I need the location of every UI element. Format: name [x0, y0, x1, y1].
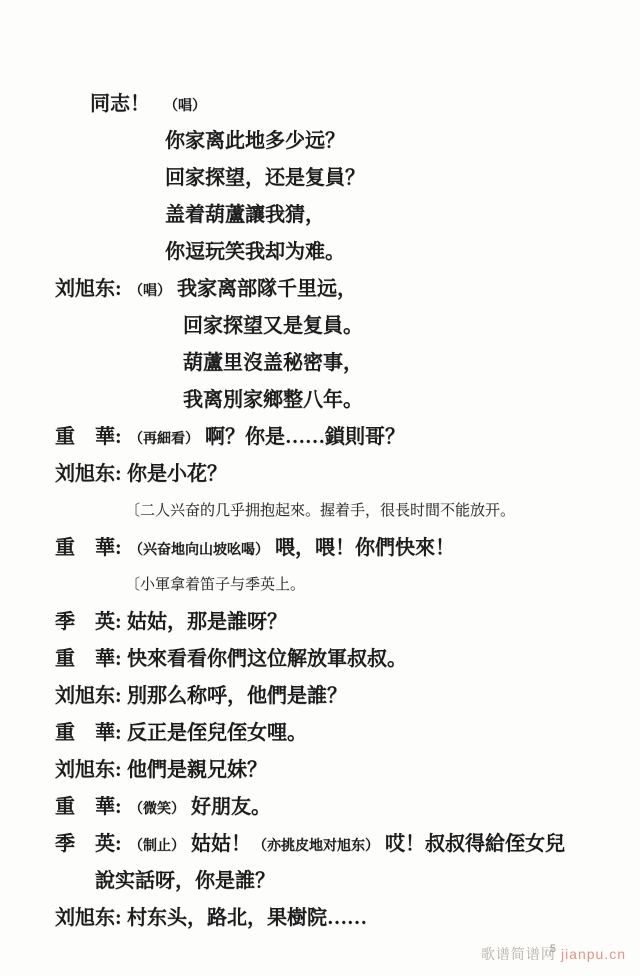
script-line: 重 華:（微笑）好朋友。	[55, 789, 630, 826]
script-line: 同志！（唱）	[90, 86, 630, 123]
script-line: 刘旭东:他們是親兄妹？	[55, 752, 630, 789]
script-line: 刘旭东:別那么称呼，他們是誰？	[55, 678, 630, 715]
text-run: 村东头，路北，果樹院……	[127, 907, 367, 929]
speaker-name: 刘旭东:	[55, 456, 127, 493]
watermark: 歌谱简谱网5jianpu.cn	[481, 944, 626, 964]
speaker-name: 重 華:	[55, 789, 127, 826]
text-run: 說实話呀，你是誰？	[95, 870, 275, 892]
script-lines: 同志！（唱）你家离此地多少远？回家探望，还是复員？盖着葫蘆讓我猜，你逗玩笑我却为…	[55, 86, 630, 937]
speaker-name: 刘旭东:	[55, 678, 127, 715]
script-line: 季 英:（制止）姑姑！（亦挑皮地对旭东）哎！叔叔得給侄女兒	[55, 826, 630, 863]
speaker-name: 同志！	[90, 86, 162, 123]
text-run: 姑姑，那是誰呀？	[127, 611, 287, 633]
text-run: 你逗玩笑我却为难。	[165, 241, 345, 263]
page-number-digit: 5	[550, 943, 557, 955]
stage-note: （唱）	[164, 99, 206, 114]
speaker-name: 刘旭东:	[55, 900, 127, 937]
script-line: 我离別家鄉整八年。	[183, 382, 630, 419]
script-page: 同志！（唱）你家离此地多少远？回家探望，还是复員？盖着葫蘆讓我猜，你逗玩笑我却为…	[0, 0, 640, 976]
text-run: 他們是親兄妹？	[127, 759, 267, 781]
script-line: 說实話呀，你是誰？	[95, 863, 630, 900]
text-run: 哎！叔叔得給侄女兒	[385, 833, 565, 855]
script-line: 〔小軍拿着笛子与季英上。	[125, 567, 630, 604]
script-line: 重 華:反正是侄兒侄女哩。	[55, 715, 630, 752]
script-line: 〔二人兴奋的几乎拥抱起來。握着手，很長时間不能放开。	[125, 493, 630, 530]
script-line: 葫蘆里沒盖秘密事，	[183, 345, 630, 382]
text-run: 我家离部隊千里远，	[177, 278, 357, 300]
script-line: 你逗玩笑我却为难。	[165, 234, 630, 271]
stage-note: （微笑）	[129, 802, 185, 817]
text-run: 喂，喂！你們快來！	[275, 537, 455, 559]
script-line: 刘旭东:你是小花？	[55, 456, 630, 493]
speaker-name: 重 華:	[55, 715, 127, 752]
text-run: 好朋友。	[191, 796, 271, 818]
text-run: 反正是侄兒侄女哩。	[127, 722, 307, 744]
text-run: 回家探望，还是复員？	[165, 167, 365, 189]
text-run: 別那么称呼，他們是誰？	[127, 685, 347, 707]
speaker-name: 刘旭东:	[55, 752, 127, 789]
speaker-name: 重 華:	[55, 530, 127, 567]
watermark-site-name: 歌谱简谱网	[481, 946, 556, 962]
script-line: 盖着葫蘆讓我猜，	[165, 197, 630, 234]
text-run: 姑姑！	[191, 833, 251, 855]
text-run: 葫蘆里沒盖秘密事，	[183, 352, 363, 374]
speaker-name: 刘旭东:	[55, 271, 127, 308]
text-run: 〔小軍拿着笛子与季英上。	[125, 577, 305, 593]
text-run: 我离別家鄉整八年。	[183, 389, 363, 411]
speaker-name: 季 英:	[55, 604, 127, 641]
text-run: 盖着葫蘆讓我猜，	[165, 204, 325, 226]
script-line: 重 華:快來看看你們这位解放軍叔叔。	[55, 641, 630, 678]
script-line: 刘旭东:村东头，路北，果樹院……	[55, 900, 630, 937]
script-line: 回家探望又是复員。	[183, 308, 630, 345]
stage-note: （唱）	[129, 284, 171, 299]
stage-note: （兴奋地向山坡吆喝）	[129, 543, 269, 558]
stage-note: （亦挑皮地对旭东）	[253, 839, 379, 854]
script-line: 你家离此地多少远？	[165, 123, 630, 160]
text-run: 你是小花？	[127, 463, 227, 485]
speaker-name: 重 華:	[55, 419, 127, 456]
script-line: 重 華:（兴奋地向山坡吆喝）喂，喂！你們快來！	[55, 530, 630, 567]
stage-note: （制止）	[129, 839, 185, 854]
script-line: 刘旭东:（唱）我家离部隊千里远，	[55, 271, 630, 308]
speaker-name: 季 英:	[55, 826, 127, 863]
script-line: 季 英:姑姑，那是誰呀？	[55, 604, 630, 641]
script-line: 重 華:（再細看）啊？你是……鎖則哥？	[55, 419, 630, 456]
text-run: 回家探望又是复員。	[183, 315, 363, 337]
script-line: 回家探望，还是复員？	[165, 160, 630, 197]
watermark-site-url: jianpu.cn	[561, 946, 626, 962]
text-run: 你家离此地多少远？	[165, 130, 345, 152]
text-run: 快來看看你們这位解放軍叔叔。	[127, 648, 407, 670]
text-run: 〔二人兴奋的几乎拥抱起來。握着手，很長时間不能放开。	[125, 503, 515, 519]
stage-note: （再細看）	[129, 432, 199, 447]
text-run: 啊？你是……鎖則哥？	[205, 426, 405, 448]
speaker-name: 重 華:	[55, 641, 127, 678]
